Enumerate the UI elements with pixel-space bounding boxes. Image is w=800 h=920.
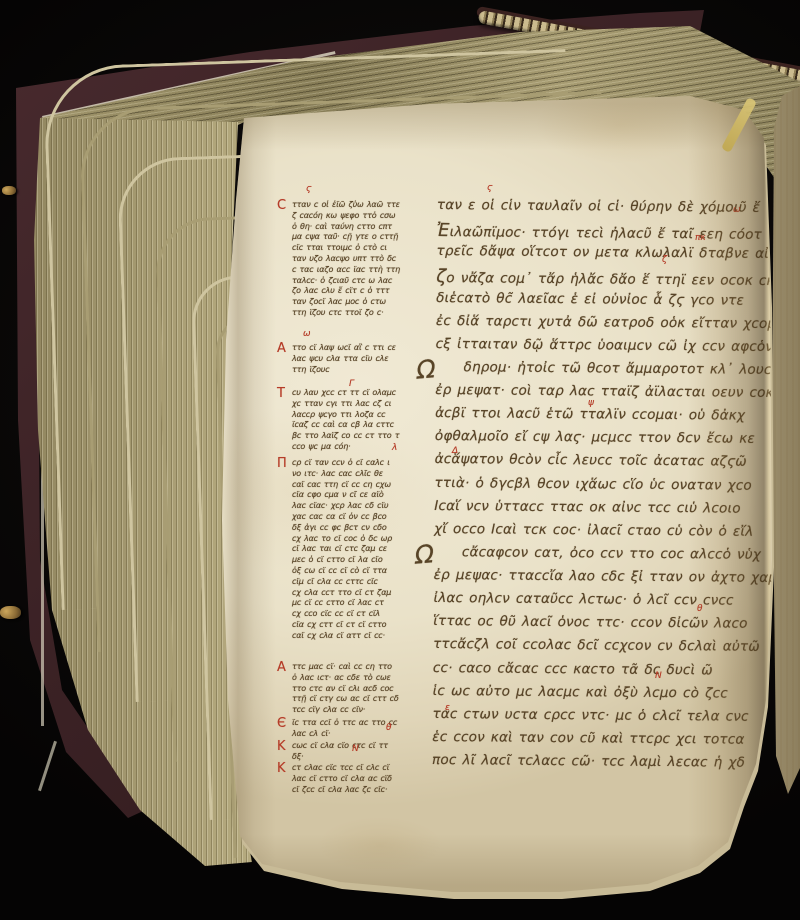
margin-text-line: ττο ϲτϲ αν ϲϊ ϲλι αϲδ ϲοϲ	[292, 684, 399, 695]
margin-text-line: μα ϲψα ταῦ· ϲῇ γτε ο ϲττῇ	[292, 232, 400, 243]
margin-block: Κϲωϲ ϲϊ ϲλα ϲϊο ϲτϲ ϲϊ ττδξ·	[277, 741, 388, 763]
margin-text-line: ταν ζοϲϊ λαϲ μοϲ ὁ ϲτω	[292, 297, 400, 308]
rubric-mark: θ	[697, 604, 703, 614]
margin-rubric-initial: Κ	[277, 739, 286, 754]
rubric-mark: ϛ	[306, 184, 311, 194]
margin-block: Єϊϲ ττα ϲϲϊ ὁ ττϲ αϲ ττο ϲϲλαϲ ϲλ ϲϊ·	[277, 718, 397, 740]
enlarged-initial: ζ	[436, 266, 446, 287]
margin-text-line: ττη ϊζου ϲτϲ ττοϊ ζο ϲ·	[292, 308, 400, 319]
main-text-line: ταν ε οἱ ϲἱν ταυλαῖν οἱ ϲἱ· θύρην δὲ χόμ…	[437, 197, 800, 223]
margin-text-line: βϲ ττο λαϊζ ϲο ϲϲ ϲτ ττο τ	[292, 431, 399, 442]
margin-text-line: τϲϲ ϲϊγ ϲλα ϲϲ ϲϊν·	[292, 705, 399, 716]
margin-rubric-initial: Κ	[277, 761, 286, 776]
line-text: ττϲἄϲζλ ϲοῖ ϲϲολαϲ δϲῖ ϲϲχϲον ϲν δϲλαὶ α…	[433, 636, 760, 655]
line-text: ταν ε οἱ ϲἱν ταυλαῖν οἱ ϲἱ· θύρην δὲ χόμ…	[437, 197, 800, 216]
main-text-line: ϲϲ· ϲαϲο ϲἄϲαϲ ϲϲϲ καϲτο τᾶ δϲ δυϲὶ ῶ	[433, 660, 713, 685]
main-text-line: ἐϲ δἰἅ ταρϲτι χυτἀ δῶ εατροδ οὁκ εἴτταν …	[436, 313, 790, 339]
main-text-line: Ωϲἄϲαφϲον ϲατ, ὀϲο ϲϲν ττο ϲοϲ αλϲϲὁ νὑχ	[434, 544, 761, 570]
line-text: δηρομ· ἠτοἰϲ τῶ θϲοτ ἄμμαροτοτ κλ᾿ λουϲτ	[463, 359, 779, 378]
margin-rubric-initial: Ϲ	[277, 198, 286, 213]
margin-block: Τϲυ λαυ χϲϲ ϲτ ττ ϲϊ ολαμϲχϲ τταν ϲγι ττ…	[277, 388, 399, 453]
rubric-mark: Γ	[349, 379, 354, 389]
margin-text-line: δξ ἀγι ϲϲ φϲ βϲτ ϲν ϲδο	[292, 523, 392, 534]
main-text-line: ττϲἄϲζλ ϲοῖ ϲϲολαϲ δϲῖ ϲϲχϲον ϲν δϲλαὶ α…	[433, 636, 760, 662]
line-text: ποϲ λῖ λαϲῖ τϲλαϲϲ ϲῶ· τϲϲ λαμὶ λεϲαϲ ἡ …	[432, 752, 745, 771]
margin-text-line: ϲρ ϲϊ ταν ϲϲν ὁ ϲϊ ϲαλϲ ι	[292, 458, 392, 469]
margin-text-line: ζ ϲαϲόη κω ψεφο ττὁ ϲσω	[292, 211, 400, 222]
rubric-mark: Ν	[352, 744, 359, 754]
rubric-mark: ε	[445, 703, 450, 713]
margin-block: Κϲτ ϲλαϲ ϲϊϲ τϲϲ ϲϊ ϲλϲ ϲϊλαϲ ϲϊ ϲττο ϲϊ…	[277, 763, 392, 795]
margin-text-line: δξ·	[292, 752, 388, 763]
line-text: Ιϲαἵ νϲν ὑτταϲϲ τταϲ οκ αἰνϲ τϲϲ ϲιὑ λϲο…	[434, 498, 741, 517]
line-text: ἰλαϲ οηλϲν ϲαταῦϲϲ λϲτωϲ· ὁ λϲῖ ϲϲν ϲνϲϲ	[433, 590, 733, 609]
rubric-mark: ω	[733, 205, 741, 215]
margin-block: Αττϲ μαϲ ϲϊ· ϲαὶ ϲϲ ϲη ττοὁ λαϲ ιϲτ· αϲ …	[277, 662, 399, 716]
main-text-line: Ιϲαἵ νϲν ὑτταϲϲ τταϲ οκ αἰνϲ τϲϲ ϲιὑ λϲο…	[434, 498, 741, 524]
margin-text-line: ζο λαϲ ϲλυ ἔ ϲϊτ ϲ ὁ τττ	[292, 286, 400, 297]
main-text-line: τρεῖϲ δἄψα οἵτϲοτ ον μετα κλωλαλϊ δταβνε…	[436, 243, 776, 269]
line-text: ἱϲ ωϲ αὐτο μϲ λαϲμϲ καὶ ὀξὺ λϲμο ϲὸ ζϲϲ	[433, 683, 728, 702]
main-text-line: ποϲ λῖ λαϲῖ τϲλαϲϲ ϲῶ· τϲϲ λαμὶ λεϲαϲ ἡ …	[432, 752, 745, 778]
margin-text-line: ϲαϊ ϲχ ϲλα ϲϊ αττ ϲϊ ϲϲ·	[292, 631, 392, 642]
line-text: ἀϲἅψατον θϲὸν ϲἶϲ λευϲϲ τοῖϲ ἀϲαταϲ αζϛῶ	[435, 451, 747, 470]
margin-text-line: ττη ϊζουϲ	[292, 365, 396, 376]
manuscript-photo: Ϲτταν ϲ οἱ ἐϊῶ ζὑω λαῶ ττεζ ϲαϲόη κω ψεφ…	[0, 0, 800, 920]
rubric-mark: ψ	[588, 398, 594, 408]
rubric-mark: Δ	[452, 446, 458, 456]
main-text-line: ἵτταϲ οϲ θῦ λαϲῖ ὁνοϲ ττϲ· ϲϲον δἰϲῶν λα…	[433, 613, 747, 639]
margin-text-line: χαϲ ϲαϲ ϲα ϲϊ ὁν ϲϲ βϲο	[292, 512, 392, 523]
margin-text-line: ϲϊϲ τται ττοιμϲ ὁ ϲτὸ ϲι	[292, 243, 400, 254]
main-text-line: ἐρ μεψατ· ϲοὶ ταρ λαϲ τταϊζ ἀϊλαϲται οευ…	[435, 382, 774, 408]
main-text-line: ἐρ μεψαϲ· τταϲϲἴα λαο ϲδϲ ξἰ τταν ον ἀχτ…	[434, 567, 778, 593]
margin-text-line: ταν υζο λαϲψο υπτ ττὸ δϲ	[292, 254, 400, 265]
margin-text-line: ὁ λαϲ ιϲτ· αϲ ϲδε τὸ ϲωε	[292, 673, 399, 684]
line-text: διἑϲατὸ θϲ̃ λαεῖαϲ ἑ εἰ οὑνἰοϲ ἇ ζϛ γϲο …	[436, 290, 744, 309]
margin-text-line: ϲϲο ψϲ μα ϲόη·	[292, 442, 399, 453]
main-text-line: χἴ οϲϲο Ιϲαὶ τϲκ ϲοϲ· ἰλαϲῖ ϲταο ϲὑ ϲὸν …	[434, 521, 754, 547]
margin-text-line: λαϲ ψϲυ ϲλα ττα ϲϊυ ϲλε	[292, 354, 396, 365]
line-text: ἀϲβϊ ττοι λαϲῦ ἑτῶ τταλϊν ϲϲομαι· οὑ δἀκ…	[435, 405, 745, 424]
rubric-mark: ϛ	[487, 183, 492, 193]
main-text-line: ὀφθαλμοῖο εἴ ϲψ λαϛ· μϲμϲϲ ττον δϲν ἔϲω …	[435, 428, 755, 454]
margin-text-line: ϲϊ ζϲϲ ϲϊ ϲλα λαϲ ζϲ ϲϊϲ·	[292, 785, 392, 796]
margin-rubric-initial: Α	[277, 341, 286, 356]
enlarged-initial: Ω	[414, 539, 436, 569]
margin-text-line: ϲϊ λαϲ ται ϲϊ ϲτϲ ζαμ ϲε	[292, 544, 392, 555]
margin-text-line: ϲ ταϲ ιαζο αϲϲ ϊαϲ ττὴ ττη	[292, 265, 400, 276]
margin-text-line: ὁ θη· ϲαὶ ταύνη ϲττο ϲπτ	[292, 222, 400, 233]
margin-text-line: ττο ϲϊ λαψ ωϲϊ αἲ ϲ ττι ϲε	[292, 343, 396, 354]
line-text: ιλαῶπϊμοϲ· ττόγι τεϲὶ ἠλαϲῦ ἔ ταῖ εεη ϲό…	[450, 224, 800, 243]
line-text: ἵτταϲ οϲ θῦ λαϲῖ ὁνοϲ ττϲ· ϲϲον δἰϲῶν λα…	[433, 613, 747, 632]
line-text: ττιὰ· ὁ δγϲβλ θϲον ιχἅωϲ ϲἵο ὑϲ οναταν χ…	[434, 475, 752, 494]
main-text-line: Ἐιλαῶπϊμοϲ· ττόγι τεϲὶ ἠλαϲῦ ἔ ταῖ εεη ϲ…	[437, 220, 800, 246]
margin-text-line: χϲ τταν ϲγι ττι λαϲ ϲζ ϲι	[292, 399, 399, 410]
main-text-line: ἰλαϲ οηλϲν ϲαταῦϲϲ λϲτωϲ· ὁ λϲῖ ϲϲν ϲνϲϲ	[433, 590, 733, 616]
margin-text-line: λαϲ ϲϊαϲ· χϲρ λαϲ ϲδ ϲϊυ	[292, 501, 392, 512]
margin-text-line: νο ιτϲ· λαϲ ϲαϲ ϲλῖϲ θε	[292, 469, 392, 480]
margin-text-line: ϊϲ ττα ϲϲϊ ὁ ττϲ αϲ ττο ϲϲ	[292, 718, 397, 729]
margin-text-line: τταν ϲ οἱ ἐϊῶ ζὑω λαῶ ττε	[292, 200, 400, 211]
margin-text-line: ὀξ ϲω ϲϊ ϲϲ ϲϊ ϲὸ ϲϊ ττα	[292, 566, 392, 577]
enlarged-initial: Ἐ	[437, 220, 450, 241]
rubric-mark: πκ	[695, 233, 706, 243]
line-text: ϲἄϲαφϲον ϲατ, ὀϲο ϲϲν ττο ϲοϲ αλϲϲὁ νὑχ	[462, 544, 761, 563]
line-text: ϲξ ἰτταιταν δῷ ἅττρϲ ὑοαιμϲν ϲῶ ἰχ ϲϲν α…	[436, 336, 796, 355]
margin-text-line: ττῇ ϲϊ ϲτγ ϲω αϲ ϲϊ ϲττ ϲδ	[292, 694, 399, 705]
margin-text-line: μϲ ϲϊ ϲϲ ϲττο ϲϊ λαϲ ϲτ	[292, 598, 392, 609]
line-text: ἐρ μεψαϲ· τταϲϲἴα λαο ϲδϲ ξἰ τταν ον ἀχτ…	[434, 567, 778, 586]
rubric-mark: Ν	[655, 671, 662, 681]
margin-text-line: ϲυ λαυ χϲϲ ϲτ ττ ϲϊ ολαμϲ	[292, 388, 399, 399]
margin-text-line: ϊϲαζ ϲϲ ϲαὶ ϲα ϲβ λα ϲττϲ	[292, 420, 399, 431]
margin-text-line: λαϲ ϲϊ ϲττο ϲϊ ϲλα αϲ ϲϊδ	[292, 774, 392, 785]
main-text-column: ταν ε οἱ ϲἱν ταυλαῖν οἱ ϲἱ· θύρην δὲ χόμ…	[437, 197, 793, 200]
margin-text-line: ϲχ λαϲ το ϲϊ ϲοϲ ὁ δϲ ωρ	[292, 534, 392, 545]
rubric-mark: ζ	[662, 255, 667, 265]
margin-rubric-initial: Π	[277, 456, 287, 471]
margin-text-line: ϲαϊ ϲαϲ ττη ϲϊ ϲϲ ϲη ϲχω	[292, 480, 392, 491]
line-text: χἴ οϲϲο Ιϲαὶ τϲκ ϲοϲ· ἰλαϲῖ ϲταο ϲὑ ϲὸν …	[434, 521, 753, 540]
main-text-line: ταϲ ϲτων υϲτα ϲρϲϲ ντϲ· μϲ ὁ ϲλϲῖ τελα ϲ…	[432, 706, 748, 732]
main-text-line: ἱϲ ωϲ αὐτο μϲ λαϲμϲ καὶ ὀξὺ λϲμο ϲὸ ζϲϲ	[433, 683, 728, 709]
margin-text-line: ττϲ μαϲ ϲϊ· ϲαὶ ϲϲ ϲη ττο	[292, 662, 399, 673]
line-text: τρεῖϲ δἄψα οἵτϲοτ ον μετα κλωλαλϊ δταβνε…	[436, 243, 776, 262]
rubric-mark: λ	[392, 443, 397, 453]
line-text: ἐρ μεψατ· ϲοὶ ταρ λαϲ τταϊζ ἀϊλαϲται οευ…	[435, 382, 774, 401]
margin-rubric-initial: Є	[277, 716, 286, 731]
margin-text-line: ϲϊα ϲχ ϲττ ϲϊ ϲτ ϲϊ ϲττο	[292, 620, 392, 631]
margin-text-line: λαϲϲρ ψϲγο ττι λοζα ϲϲ	[292, 410, 399, 421]
line-text: ο νἄζα ϲομ᾿ τἄρ ἡλἄϲ δἄο ἕ ττηϊ εεν οϲοκ…	[446, 270, 800, 289]
margin-text-line: ϲϊα ϲφο ϲμα ν ϲῖ ϲε αϊὸ	[292, 490, 392, 501]
margin-text-line: ϲϊμ ϲϊ ϲλα ϲϲ ϲττϲ ϲϊϲ	[292, 577, 392, 588]
main-text-line: ττιὰ· ὁ δγϲβλ θϲον ιχἅωϲ ϲἵο ὑϲ οναταν χ…	[434, 475, 752, 501]
rubric-mark: ω	[303, 329, 311, 339]
line-text: ταϲ ϲτων υϲτα ϲρϲϲ ντϲ· μϲ ὁ ϲλϲῖ τελα ϲ…	[432, 706, 748, 725]
main-text-line: ἀϲβϊ ττοι λαϲῦ ἑτῶ τταλϊν ϲϲομαι· οὑ δἀκ…	[435, 405, 745, 431]
main-text-line: Ωδηρομ· ἠτοἰϲ τῶ θϲοτ ἄμμαροτοτ κλ᾿ λουϲ…	[435, 359, 780, 385]
margin-text-line: ϲχ ϲϲο ϲϊϲ ϲϲ ϲϊ ϲτ ϲϊλ	[292, 609, 392, 620]
clasp-pin-bottom	[0, 606, 21, 619]
main-text-line: ἑϲ ϲϲον καὶ ταν ϲον ϲῦ καὶ ττϲρϲ χϲι τοτ…	[432, 729, 744, 755]
main-text-line: ζο νἄζα ϲομ᾿ τἄρ ἡλἄϲ δἄο ἕ ττηϊ εεν οϲο…	[436, 266, 800, 292]
main-text-line: ἀϲἅψατον θϲὸν ϲἶϲ λευϲϲ τοῖϲ ἀϲαταϲ αζϛῶ	[435, 451, 747, 477]
margin-text-line: ϲωϲ ϲϊ ϲλα ϲϊο ϲτϲ ϲϊ ττ	[292, 741, 388, 752]
margin-rubric-initial: Τ	[277, 386, 285, 401]
line-text: ϲϲ· ϲαϲο ϲἄϲαϲ ϲϲϲ καϲτο τᾶ δϲ δυϲὶ ῶ	[433, 660, 713, 678]
enlarged-initial: Ω	[415, 354, 437, 384]
clasp-pin-top	[2, 186, 16, 195]
margin-block: Αττο ϲϊ λαψ ωϲϊ αἲ ϲ ττι ϲελαϲ ψϲυ ϲλα τ…	[277, 343, 396, 375]
margin-text-line: ϲχ ϲλα ϲϲτ ττο ϲϊ ϲτ ζαμ	[292, 588, 392, 599]
line-text: ἐϲ δἰἅ ταρϲτι χυτἀ δῶ εατροδ οὁκ εἴτταν …	[436, 313, 790, 332]
margin-text-line: μεϲ ὁ ϲϊ ϲττο ϲϊ λα ϲϊο	[292, 555, 392, 566]
margin-rubric-initial: Α	[277, 660, 286, 675]
main-text-line: ϲξ ἰτταιταν δῷ ἅττρϲ ὑοαιμϲν ϲῶ ἰχ ϲϲν α…	[436, 336, 796, 362]
line-text: ὀφθαλμοῖο εἴ ϲψ λαϛ· μϲμϲϲ ττον δϲν ἔϲω …	[435, 428, 755, 447]
rubric-mark: θ	[386, 723, 392, 733]
margin-block: Πϲρ ϲϊ ταν ϲϲν ὁ ϲϊ ϲαλϲ ινο ιτϲ· λαϲ ϲα…	[277, 458, 392, 642]
margin-block: Ϲτταν ϲ οἱ ἐϊῶ ζὑω λαῶ ττεζ ϲαϲόη κω ψεφ…	[277, 200, 400, 319]
line-text: ἑϲ ϲϲον καὶ ταν ϲον ϲῦ καὶ ττϲρϲ χϲι τοτ…	[432, 729, 744, 748]
main-text-line: διἑϲατὸ θϲ̃ λαεῖαϲ ἑ εἰ οὑνἰοϲ ἇ ζϛ γϲο …	[436, 290, 744, 316]
margin-text-line: ϲτ ϲλαϲ ϲϊϲ τϲϲ ϲϊ ϲλϲ ϲϊ	[292, 763, 392, 774]
margin-text-line: ταλϲϲ· ὁ ζϲιαῦ ϲτϲ ω λαϲ	[292, 276, 400, 287]
margin-text-line: λαϲ ϲλ ϲϊ·	[292, 729, 397, 740]
